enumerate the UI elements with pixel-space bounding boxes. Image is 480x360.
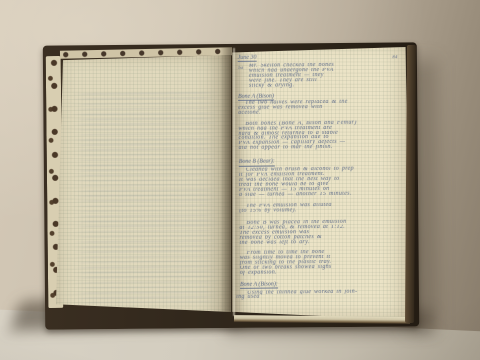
- photo-scene: 84 June 30 1st Mr. Skelton checked the b…: [0, 0, 480, 360]
- handwriting-line: sticky & drying.: [249, 82, 406, 89]
- entry-paragraph: Both bones (Bone A, Bison and Femur)whic…: [238, 120, 406, 151]
- handwriting-line: of expansion.: [240, 269, 408, 276]
- entry-heading: Bone B (Bear):: [239, 158, 407, 165]
- entry-paragraph: The two halves were replaced & theexcess…: [238, 99, 406, 116]
- entry-paragraph: Using the thinned glue worked in join-in…: [240, 289, 408, 301]
- right-page: 84 June 30 1st Mr. Skelton checked the b…: [232, 47, 410, 320]
- gutter-shadow: [220, 46, 244, 320]
- journal-text: Mr. Skelton checked the boneswhich had u…: [238, 62, 408, 300]
- handwriting: 84 June 30 1st Mr. Skelton checked the b…: [238, 53, 409, 315]
- handwriting-line: a side — turned — another 15 minutes.: [239, 191, 407, 198]
- entry-paragraph: Cleaned with brush & alcohol to prepit f…: [239, 166, 407, 197]
- entry-paragraph: From time to time the bonewas slightly m…: [240, 249, 408, 276]
- show-through-text: [71, 90, 222, 303]
- entry-heading: Bone A (Bison):: [240, 281, 408, 288]
- entry-heading-text: Bone B (Bear):: [239, 159, 275, 167]
- entry-paragraph: The PVA emulsion was diluted(to 15% by v…: [239, 202, 407, 214]
- left-page: [56, 55, 231, 312]
- date-heading: June 30: [238, 53, 406, 61]
- entry-heading-text: Bone A (Bison):: [240, 281, 278, 289]
- entry-paragraph: Mr. Skelton checked the boneswhich had u…: [238, 62, 406, 89]
- page-number: 84: [392, 54, 397, 59]
- entry-paragraph: Bone B was placed in the emulsionat 12:5…: [239, 219, 407, 246]
- handwriting-line: (to 15% by volume).: [239, 207, 407, 214]
- page-fold-highlight: [233, 48, 235, 316]
- handwriting-line: did not appear to mar the finish.: [239, 145, 407, 152]
- handwriting-line: the bone was left to dry.: [240, 239, 408, 246]
